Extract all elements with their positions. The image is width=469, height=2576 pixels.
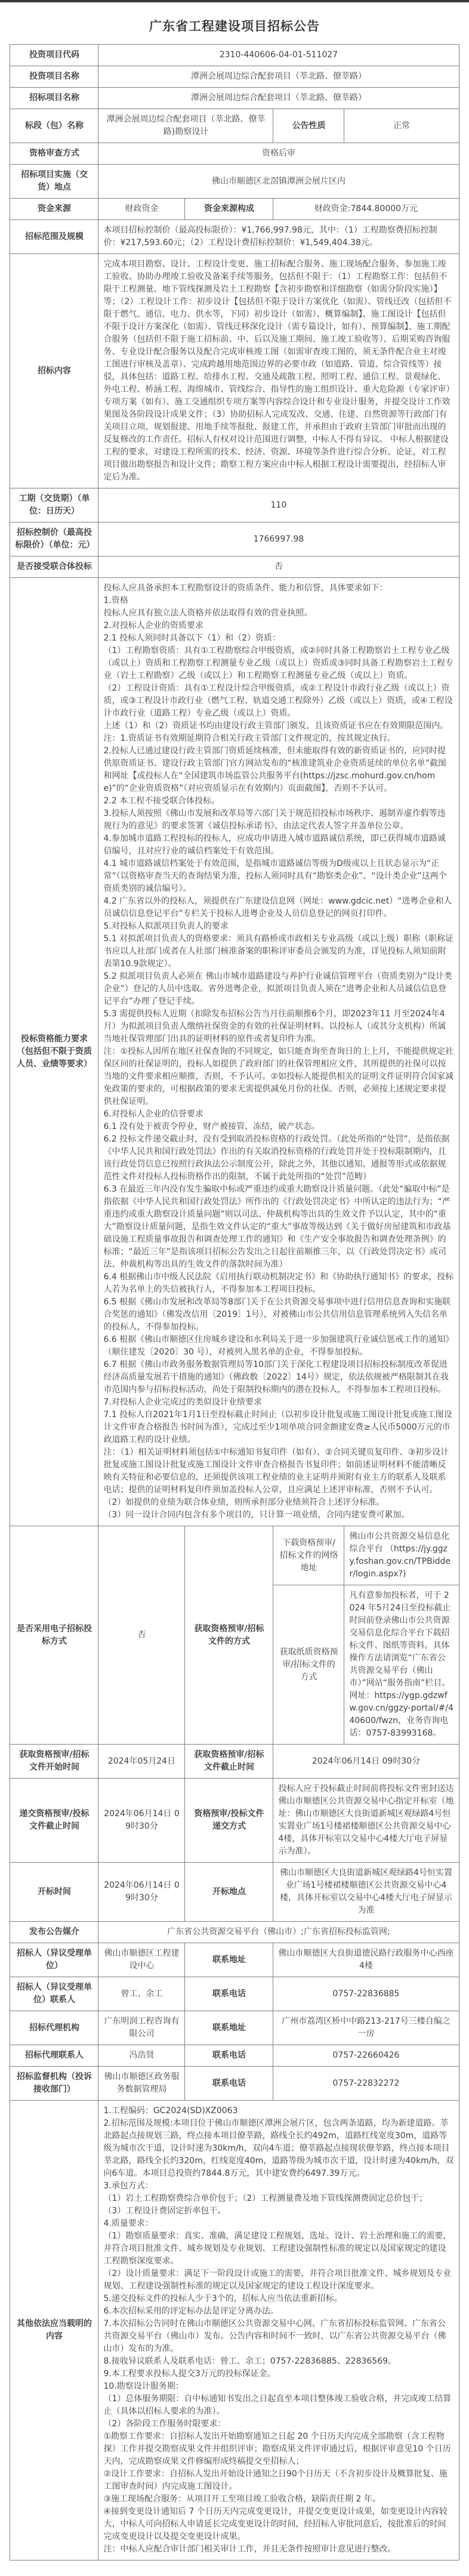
obtain-start-label: 获取资格预审/招标文件开始时间 (10, 1745, 98, 1779)
download-url-value: 佛山市公共资源交易信息化综合平台 （https://jy.ggzy.foshan… (344, 1526, 459, 1585)
opening-place-value: 佛山市顺德区大良街道新城区观绿路4号恒实置业广场1号楼裙楼顺德区公共资源交易中心… (273, 1863, 459, 1922)
table-row: 标段（包）名称 潭洲会展周边综合配套项目（莘北路、僚莘路)勘察设计 公告性质 正… (10, 109, 459, 143)
agency-address-label: 联系地址 (185, 2011, 273, 2045)
tenderer-address-label: 联系地址 (185, 1943, 273, 1977)
table-row: 招标代理机构 广东明润工程咨询有限公司 联系地址 广州市荔湾区桥中中路213-2… (10, 2011, 459, 2045)
media-label: 发布公告媒介 (10, 1922, 98, 1943)
control-price-value: 1766997.98 (98, 522, 459, 556)
electronic-value: 否 (98, 1526, 185, 1745)
window-top-edge (0, 0, 469, 2)
table-row: 招标项目实施（交货）地点 佛山市顺德区北滘镇潭洲会展片区内 (10, 165, 459, 199)
opening-time-label: 开标时间 (10, 1863, 98, 1922)
opening-time-value: 2024年06月14日 09时30分 (98, 1863, 185, 1922)
duration-label: 工期（交货期）（单位：日历天） (10, 488, 98, 522)
paper-obtain-label: 获取纸质资格预审/招标文件的方式 (273, 1585, 344, 1745)
location-value: 佛山市顺德区北滘镇潭洲会展片区内 (98, 165, 459, 199)
funding-value: 财政资金 (98, 199, 185, 220)
control-price-label: 招标控制价（最高投标限价）（单位：元） (10, 522, 98, 556)
consortium-value: 否 (98, 556, 459, 578)
capability-label: 投标资格能力要求（包括但不限于资质人员、业绩等要求） (10, 578, 98, 1526)
other-content-value: 1.工程编码：GC2024(SD)XZ0063 2.招标范围及规模:本项目位于佛… (98, 2101, 459, 2560)
table-row: 投资项目代码 2310-440606-04-01-511027 (10, 45, 459, 66)
funding-composition-label: 资金来源构成 (185, 199, 273, 220)
table-row: 招标代理联系人 冯浩贤 联系电话 0757-22660426 (10, 2045, 459, 2067)
tenderer-contact-label: 招标人（异议受理单位）联系人 (10, 1977, 98, 2011)
qualification-method-label: 资格审查方式 (10, 143, 98, 165)
submit-method-value: 投标人应于投标截止时间前将投标文件密封送达佛山市顺德区公共资源交易中心指定开标室… (273, 1779, 459, 1863)
tenderer-phone-value: 0757-22836885 (273, 1977, 459, 2011)
paper-obtain-value: 凡有意参加投标者，可于 2024 年5月24日至投标截止时间前登录佛山市公共资源… (344, 1585, 459, 1745)
electronic-label: 是否采用电子招标投标方式 (10, 1526, 98, 1745)
table-row: 招标监督机构（投诉接收部门） 佛山市顺德区政务服务数据管理局 联系电话 0757… (10, 2067, 459, 2101)
supervisor-label: 招标监督机构（投诉接收部门） (10, 2067, 98, 2101)
invest-name-value: 潭洲会展周边综合配套项目（莘北路、僚莘路） (98, 66, 459, 88)
agency-phone-value: 0757-22660426 (273, 2045, 459, 2067)
table-row: 工期（交货期）（单位：日历天） 110 (10, 488, 459, 522)
table-row: 其他依法应当载明的内容 1.工程编码：GC2024(SD)XZ0063 2.招标… (10, 2101, 459, 2560)
table-row: 招标控制价（最高投标限价）（单位：元） 1766997.98 (10, 522, 459, 556)
agency-address-value: 广州市荔湾区桥中中路213-217号三楼自编之一房 (273, 2011, 459, 2045)
content-value: 完成本项目勘察、设计、工程设计变更、施工招标配合服务、施工现场配合服务、参加施工… (98, 254, 459, 488)
tender-announcement-table: 投资项目代码 2310-440606-04-01-511027 投资项目名称 潭… (10, 44, 459, 2560)
table-row: 招标项目名称 潭洲会展周边综合配套项目（莘北路、僚莘路） (10, 88, 459, 109)
table-row: 发布公告媒介 广东省公共资源交易平台（佛山市）;广东省招标投标监管网; (10, 1922, 459, 1943)
location-label: 招标项目实施（交货）地点 (10, 165, 98, 199)
invest-name-label: 投资项目名称 (10, 66, 98, 88)
funding-composition-value: 财政资金:7844.80000万元 (273, 199, 459, 220)
table-row: 投标资格能力要求（包括但不限于资质人员、业绩等要求） 投标人应具备承担本工程勘察… (10, 578, 459, 1526)
supervisor-value: 佛山市顺德区政务服务数据管理局 (98, 2067, 185, 2101)
notice-nature-label: 公告性质 (273, 109, 344, 143)
submit-method-label: 资格预审/投标文件递交方式 (185, 1779, 273, 1863)
table-row: 资金来源 财政资金 资金来源构成 财政资金:7844.80000万元 (10, 199, 459, 220)
table-row: 获取资格预审/招标文件开始时间 2024年05月24日 获取资格预审/招标文件截… (10, 1745, 459, 1779)
table-row: 是否接受联合体投标 否 (10, 556, 459, 578)
table-row: 资格审查方式 资格后审 (10, 143, 459, 165)
qualification-method-value: 资格后审 (98, 143, 459, 165)
content-label: 招标内容 (10, 254, 98, 488)
invest-code-label: 投资项目代码 (10, 45, 98, 66)
submit-deadline-label: 递交资格预审/投标文件截止时间 (10, 1779, 98, 1863)
agency-label: 招标代理机构 (10, 2011, 98, 2045)
other-content-label: 其他依法应当载明的内容 (10, 2101, 98, 2560)
consortium-label: 是否接受联合体投标 (10, 556, 98, 578)
supervisor-phone-label: 联系电话 (185, 2067, 273, 2101)
supervisor-phone-value: 0757-22832272 (273, 2067, 459, 2101)
obtain-method-label: 获取资格预审/招标文件的方式 (185, 1526, 273, 1745)
agency-contact-label: 招标代理联系人 (10, 2045, 98, 2067)
opening-place-label: 开标地点 (185, 1863, 273, 1922)
table-row: 招标范围及规模 本项目招标控制价（最高投标限价）：¥1,766,997.98元，… (10, 220, 459, 254)
tenderer-value: 佛山市顺德区工程建设中心 (98, 1943, 185, 1977)
notice-nature-value: 正常 (344, 109, 459, 143)
scope-label: 招标范围及规模 (10, 220, 98, 254)
capability-value: 投标人应具备承担本工程勘察设计的资质条件、能力和信誉，具体要求如下： 1.资格 … (98, 578, 459, 1526)
agency-value: 广东明润工程咨询有限公司 (98, 2011, 185, 2045)
table-row: 招标内容 完成本项目勘察、设计、工程设计变更、施工招标配合服务、施工现场配合服务… (10, 254, 459, 488)
obtain-start-value: 2024年05月24日 (98, 1745, 185, 1779)
tenderer-address-value: 佛山市顺德区大良街道德民路行政服务中心西座4楼 (273, 1943, 459, 1977)
table-row: 招标人（异议受理单位） 佛山市顺德区工程建设中心 联系地址 佛山市顺德区大良街道… (10, 1943, 459, 1977)
table-row: 招标人（异议受理单位）联系人 曾工、余工 联系电话 0757-22836885 (10, 1977, 459, 2011)
agency-contact-value: 冯浩贤 (98, 2045, 185, 2067)
duration-value: 110 (98, 488, 459, 522)
table-row: 开标时间 2024年06月14日 09时30分 开标地点 佛山市顺德区大良街道新… (10, 1863, 459, 1922)
submit-deadline-value: 2024年06月14日 09时30分 (98, 1779, 185, 1863)
page-title: 广东省工程建设项目招标公告 (0, 17, 469, 35)
table-row: 是否采用电子招标投标方式 否 获取资格预审/招标文件的方式 下载资格预审/招标文… (10, 1526, 459, 1585)
table-row: 递交资格预审/投标文件截止时间 2024年06月14日 09时30分 资格预审/… (10, 1779, 459, 1863)
agency-phone-label: 联系电话 (185, 2045, 273, 2067)
tenderer-phone-label: 联系电话 (185, 1977, 273, 2011)
obtain-end-value: 2024年06月14日 09时30分 (273, 1745, 459, 1779)
section-value: 潭洲会展周边综合配套项目（莘北路、僚莘路)勘察设计 (98, 109, 273, 143)
tender-name-label: 招标项目名称 (10, 88, 98, 109)
download-url-label: 下载资格预审/招标文件的网络地址 (273, 1526, 344, 1585)
tenderer-label: 招标人（异议受理单位） (10, 1943, 98, 1977)
tenderer-contact-value: 曾工、余工 (98, 1977, 185, 2011)
table-row: 投资项目名称 潭洲会展周边综合配套项目（莘北路、僚莘路） (10, 66, 459, 88)
obtain-end-label: 获取资格预审/招标文件截止时间 (185, 1745, 273, 1779)
section-label: 标段（包）名称 (10, 109, 98, 143)
scope-value: 本项目招标控制价（最高投标限价）：¥1,766,997.98元，其中：（1）工程… (98, 220, 459, 254)
tender-name-value: 潭洲会展周边综合配套项目（莘北路、僚莘路） (98, 88, 459, 109)
invest-code-value: 2310-440606-04-01-511027 (98, 45, 459, 66)
media-value: 广东省公共资源交易平台（佛山市）;广东省招标投标监管网; (98, 1922, 459, 1943)
funding-label: 资金来源 (10, 199, 98, 220)
